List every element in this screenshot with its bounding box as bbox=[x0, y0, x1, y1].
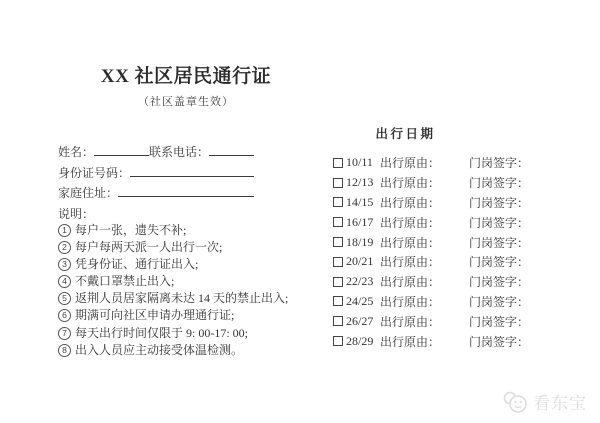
date-checkbox[interactable] bbox=[333, 197, 343, 207]
signature-label: 门岗签字： bbox=[469, 273, 529, 290]
note-item-4: 4不戴口罩禁止出入; bbox=[58, 273, 328, 290]
note-text: 凭身份证、通行证出入; bbox=[75, 257, 198, 271]
reason-label: 出行原由： bbox=[380, 154, 440, 171]
signature-label: 门岗签字： bbox=[469, 174, 529, 191]
brand-face-icon bbox=[502, 390, 529, 414]
note-text: 每天出行时间仅限于 9: 00-17: 00; bbox=[75, 326, 248, 340]
reason-label: 出行原由： bbox=[380, 253, 440, 270]
date-checkbox[interactable] bbox=[333, 217, 343, 227]
note-text: 出入人员应主动接受体温检测。 bbox=[75, 343, 243, 357]
circled-number-icon: 4 bbox=[58, 275, 71, 288]
note-item-1: 1每户一张，遗失不补; bbox=[58, 222, 328, 239]
reason-label: 出行原由： bbox=[380, 313, 440, 330]
id-label: 身份证号码： bbox=[58, 166, 130, 180]
reason-label: 出行原由： bbox=[380, 333, 440, 350]
schedule-row: 10/11 出行原由： 门岗签字： bbox=[333, 153, 529, 173]
circled-number-icon: 8 bbox=[58, 344, 71, 357]
reason-label: 出行原由： bbox=[380, 293, 440, 310]
page-title: XX 社区居民通行证 bbox=[52, 66, 320, 88]
address-line: 家庭住址： bbox=[58, 183, 328, 204]
date-checkbox[interactable] bbox=[333, 237, 343, 247]
date-range: 12/13 bbox=[346, 175, 380, 190]
signature-label: 门岗签字： bbox=[469, 313, 529, 330]
date-range: 10/11 bbox=[346, 155, 380, 170]
schedule-header: 出行日期 bbox=[333, 127, 478, 142]
signature-label: 门岗签字： bbox=[469, 194, 529, 211]
date-range: 18/19 bbox=[346, 235, 380, 250]
reason-label: 出行原由： bbox=[380, 214, 440, 231]
page-subtitle: （社区盖章生效） bbox=[52, 93, 320, 109]
circled-number-icon: 5 bbox=[58, 292, 71, 305]
schedule-row: 20/21 出行原由： 门岗签字： bbox=[333, 252, 529, 272]
circled-number-icon: 1 bbox=[58, 224, 71, 237]
reason-label: 出行原由： bbox=[380, 273, 440, 290]
date-range: 24/25 bbox=[346, 294, 380, 309]
note-item-6: 6期满可向社区申请办理通行证; bbox=[58, 307, 328, 324]
id-field[interactable] bbox=[130, 164, 254, 177]
note-item-7: 7每天出行时间仅限于 9: 00-17: 00; bbox=[58, 325, 328, 342]
date-range: 14/15 bbox=[346, 195, 380, 210]
signature-label: 门岗签字： bbox=[469, 154, 529, 171]
note-text: 不戴口罩禁止出入; bbox=[75, 274, 174, 288]
circled-number-icon: 7 bbox=[58, 327, 71, 340]
address-field[interactable] bbox=[118, 184, 254, 197]
note-text: 每户每两天派一人出行一次; bbox=[75, 240, 222, 254]
notes-title: 说明： bbox=[58, 204, 328, 222]
note-item-5: 5返荆人员居家隔离未达 14 天的禁止出入; bbox=[58, 290, 328, 307]
schedule-row: 14/15 出行原由： 门岗签字： bbox=[333, 193, 529, 213]
holder-info-section: 姓名：联系电话： 身份证号码： 家庭住址： 说明： 1每户一张，遗失不补; 2每… bbox=[58, 142, 328, 359]
date-checkbox[interactable] bbox=[333, 158, 343, 168]
reason-label: 出行原由： bbox=[380, 174, 440, 191]
date-range: 26/27 bbox=[346, 314, 380, 329]
schedule-row: 28/29 出行原由： 门岗签字： bbox=[333, 331, 529, 351]
schedule-row: 24/25 出行原由： 门岗签字： bbox=[333, 292, 529, 312]
date-checkbox[interactable] bbox=[333, 316, 343, 326]
schedule-row: 22/23 出行原由： 门岗签字： bbox=[333, 272, 529, 292]
schedule-row: 16/17 出行原由： 门岗签字： bbox=[333, 212, 529, 232]
name-label: 姓名： bbox=[58, 145, 94, 159]
schedule-row: 26/27 出行原由： 门岗签字： bbox=[333, 311, 529, 331]
watermark: 看东宝 bbox=[502, 389, 587, 414]
date-range: 28/29 bbox=[346, 334, 380, 349]
note-text: 每户一张，遗失不补; bbox=[75, 223, 186, 237]
note-item-2: 2每户每两天派一人出行一次; bbox=[58, 239, 328, 256]
circled-number-icon: 6 bbox=[58, 309, 71, 322]
date-range: 20/21 bbox=[346, 254, 380, 269]
schedule-row: 18/19 出行原由： 门岗签字： bbox=[333, 232, 529, 252]
title-block: XX 社区居民通行证 （社区盖章生效） bbox=[52, 66, 320, 109]
date-range: 22/23 bbox=[346, 274, 380, 289]
date-checkbox[interactable] bbox=[333, 296, 343, 306]
community-pass-document: XX 社区居民通行证 （社区盖章生效） 姓名：联系电话： 身份证号码： 家庭住址… bbox=[0, 0, 600, 423]
date-checkbox[interactable] bbox=[333, 257, 343, 267]
phone-label: 联系电话： bbox=[149, 145, 209, 159]
address-label: 家庭住址： bbox=[58, 186, 118, 200]
name-phone-line: 姓名：联系电话： bbox=[58, 142, 328, 163]
schedule-row: 12/13 出行原由： 门岗签字： bbox=[333, 173, 529, 193]
signature-label: 门岗签字： bbox=[469, 293, 529, 310]
name-field[interactable] bbox=[94, 143, 149, 156]
note-text: 返荆人员居家隔离未达 14 天的禁止出入; bbox=[75, 291, 288, 305]
note-item-8: 8出入人员应主动接受体温检测。 bbox=[58, 342, 328, 359]
date-checkbox[interactable] bbox=[333, 336, 343, 346]
signature-label: 门岗签字： bbox=[469, 214, 529, 231]
circled-number-icon: 3 bbox=[58, 258, 71, 271]
note-text: 期满可向社区申请办理通行证; bbox=[75, 308, 234, 322]
circled-number-icon: 2 bbox=[58, 241, 71, 254]
signature-label: 门岗签字： bbox=[469, 333, 529, 350]
brand-text: 看东宝 bbox=[533, 389, 587, 414]
travel-schedule-section: 出行日期 10/11 出行原由： 门岗签字： 12/13 出行原由： 门岗签字：… bbox=[333, 127, 529, 351]
id-line: 身份证号码： bbox=[58, 163, 328, 184]
date-range: 16/17 bbox=[346, 215, 380, 230]
reason-label: 出行原由： bbox=[380, 234, 440, 251]
signature-label: 门岗签字： bbox=[469, 253, 529, 270]
phone-field[interactable] bbox=[209, 143, 254, 156]
note-item-3: 3凭身份证、通行证出入; bbox=[58, 256, 328, 273]
reason-label: 出行原由： bbox=[380, 194, 440, 211]
date-checkbox[interactable] bbox=[333, 178, 343, 188]
signature-label: 门岗签字： bbox=[469, 234, 529, 251]
date-checkbox[interactable] bbox=[333, 277, 343, 287]
